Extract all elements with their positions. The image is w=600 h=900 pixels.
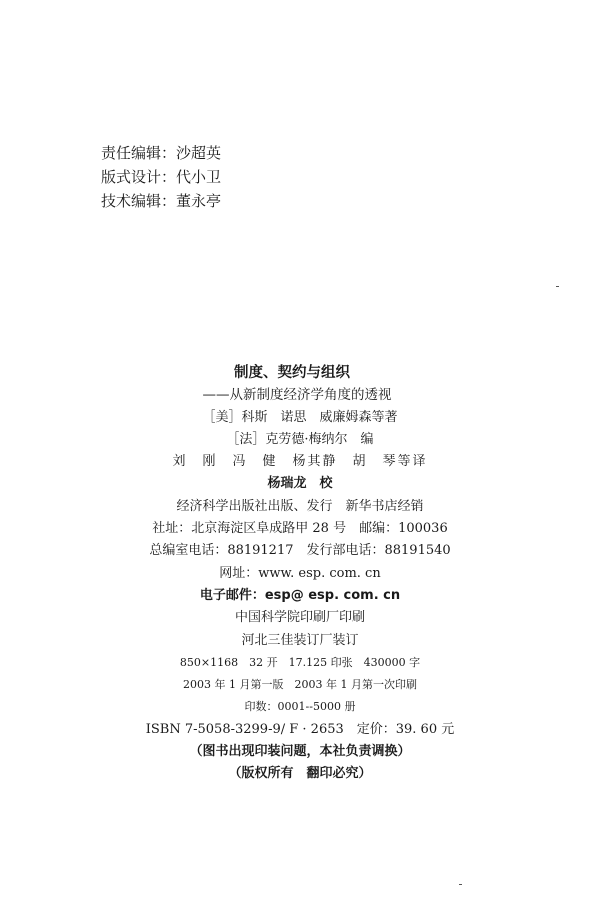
translators: 刘 刚 冯 健 杨其静 胡 琴等译 [0,451,600,473]
credit-responsible-editor: 责任编辑：沙超英 [101,141,221,165]
credit-role: 版式设计： [101,168,176,186]
credit-role: 技术编辑： [101,192,176,210]
defect-notice: （图书出现印装问题，本社负责调换） [0,741,600,763]
scan-speck [556,286,559,287]
scan-speck [459,884,462,885]
credit-role: 责任编辑： [101,144,176,162]
credit-name: 沙超英 [176,144,221,162]
book-title: 制度、契约与组织 [0,362,592,384]
publisher: 经济科学出版社出版、发行 新华书店经销 [0,496,600,518]
proofreader: 杨瑞龙 校 [0,473,600,495]
email: 电子邮件：esp@ esp. com. cn [0,585,600,607]
book-subtitle: ——从新制度经济学角度的透视 [0,384,597,406]
colophon: 制度、契约与组织 ——从新制度经济学角度的透视 ［美］科斯 诺思 威廉姆森等著 … [0,362,600,786]
print-specs: 850×1168 32 开 17.125 印张 430000 字 [0,652,600,674]
print-run: 印数：0001--5000 册 [0,696,600,718]
authors: ［美］科斯 诺思 威廉姆森等著 [0,407,600,429]
isbn-price: ISBN 7-5058-3299-9/ F · 2653 定价：39. 60 元 [0,719,600,741]
credit-name: 代小卫 [176,168,221,186]
website: 网址：www. esp. com. cn [0,563,600,585]
editor: ［法］克劳德·梅纳尔 编 [0,429,600,451]
binder: 河北三佳装订厂装订 [0,630,600,652]
publisher-phones: 总编室电话：88191217 发行部电话：88191540 [0,540,600,562]
editor-credits: 责任编辑：沙超英 版式设计：代小卫 技术编辑：董永亭 [101,141,221,213]
edition-info: 2003 年 1 月第一版 2003 年 1 月第一次印刷 [0,674,600,696]
printer: 中国科学院印刷厂印刷 [0,607,600,629]
copyright-notice: （版权所有 翻印必究） [0,763,600,785]
credit-technical-editor: 技术编辑：董永亭 [101,189,221,213]
publisher-address: 社址：北京海淀区阜成路甲 28 号 邮编：100036 [0,518,600,540]
credit-layout-design: 版式设计：代小卫 [101,165,221,189]
credit-name: 董永亭 [176,192,221,210]
